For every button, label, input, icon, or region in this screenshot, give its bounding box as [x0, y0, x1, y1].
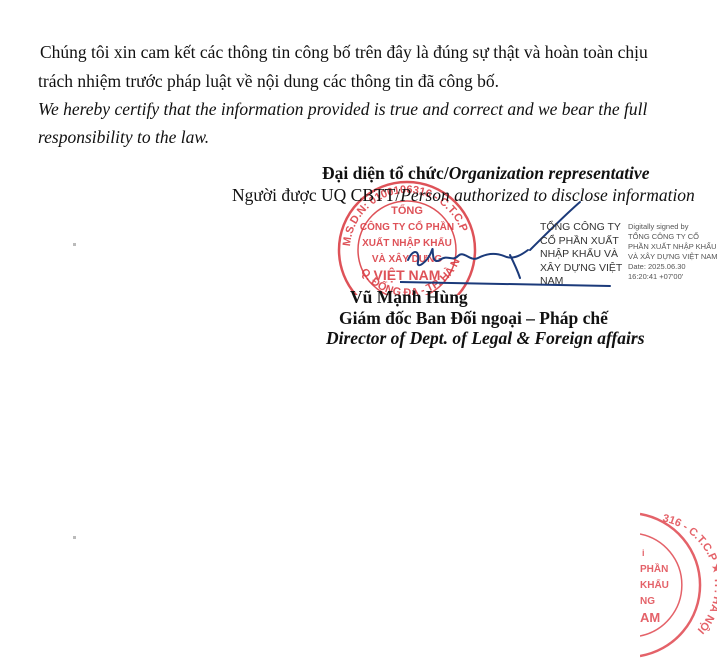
- svg-text:PHẦN: PHẦN: [640, 562, 668, 575]
- svg-text:AM: AM: [640, 610, 660, 625]
- signer-name: Vũ Mạnh Hùng: [350, 287, 468, 308]
- partial-seal: 316 - C.T.C.P ★ TP. HÀ NỘI i PHẦN KHẨU N…: [640, 510, 717, 660]
- svg-text:KHẨU: KHẨU: [640, 578, 669, 591]
- commitment-vi-line2: trách nhiệm trước pháp luật về nội dung …: [38, 71, 499, 92]
- commitment-en-line2: responsibility to the law.: [38, 127, 209, 148]
- signer-title-vi: Giám đốc Ban Đối ngoại – Pháp chế: [339, 308, 608, 329]
- svg-text:NG: NG: [640, 596, 655, 607]
- scan-artifact: [73, 536, 76, 539]
- commitment-vi-line1: Chúng tôi xin cam kết các thông tin công…: [40, 42, 648, 63]
- scan-artifact: [73, 243, 76, 246]
- svg-text:i: i: [642, 548, 645, 558]
- commitment-en-line1: We hereby certify that the information p…: [38, 99, 647, 120]
- representative-label: Đại diện tổ chức/Organization representa…: [322, 163, 649, 184]
- signer-title-en: Director of Dept. of Legal & Foreign aff…: [326, 328, 645, 349]
